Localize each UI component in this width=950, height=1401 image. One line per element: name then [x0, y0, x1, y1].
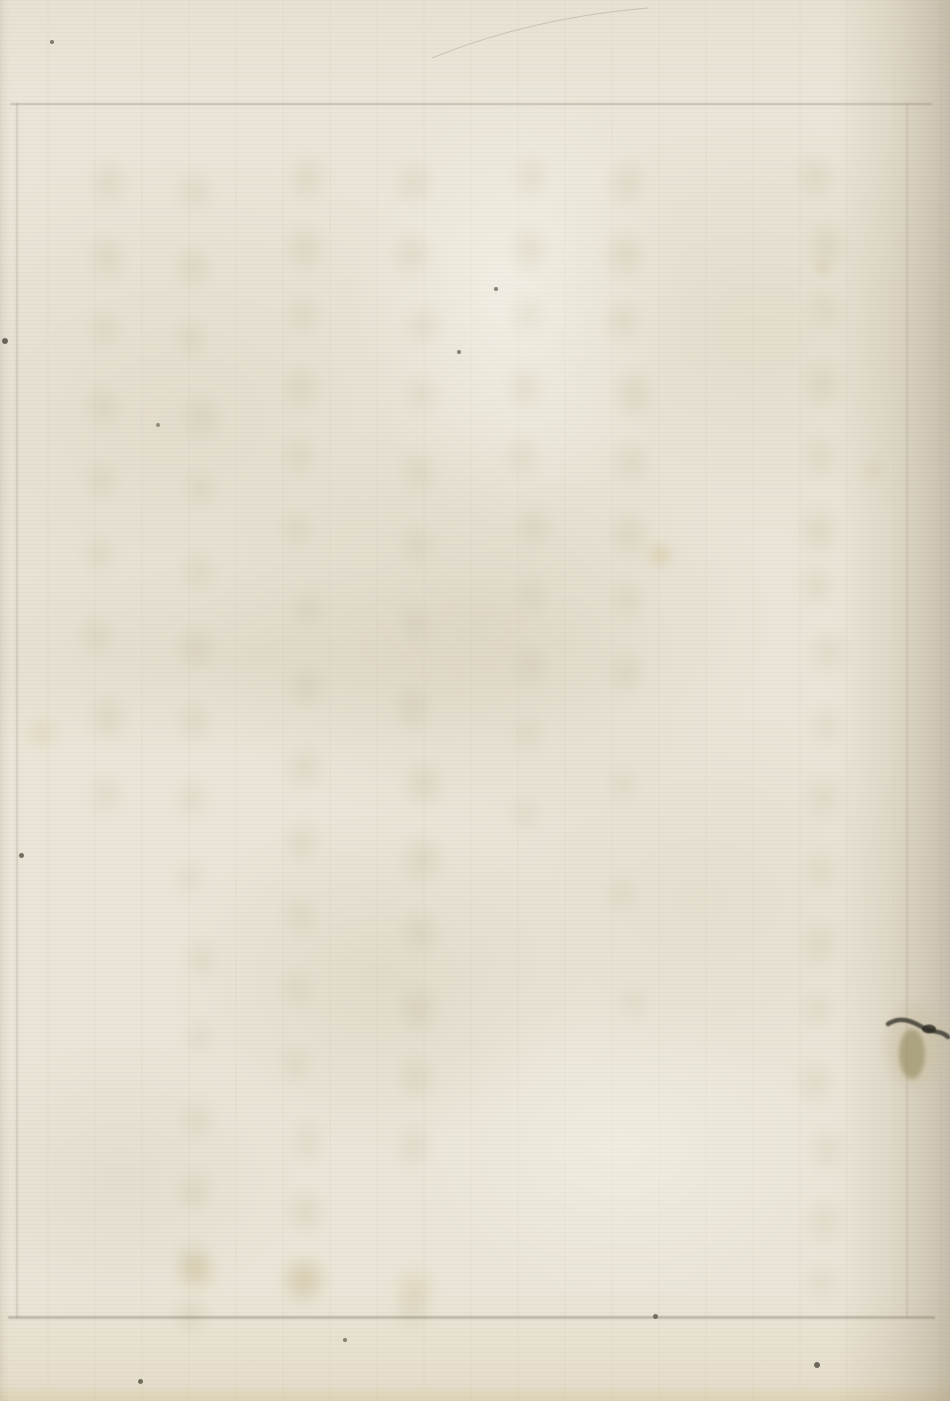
- manuscript-page: [0, 0, 950, 1401]
- ink-blot-stain: [0, 0, 950, 1401]
